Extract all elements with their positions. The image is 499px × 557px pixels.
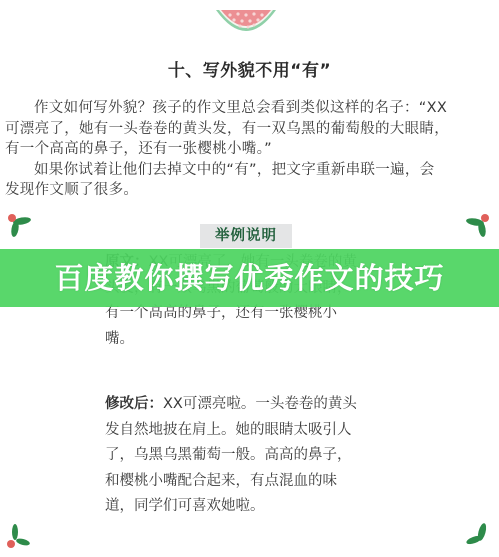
revised-text: 修改后：XX可漂亮啦。一头卷卷的黄头 发自然地披在肩上。她的眼睛太吸引人 了，乌… [105,392,395,520]
revised-line: XX可漂亮啦。一头卷卷的黄头 [163,396,357,412]
intro-line: 发现作文顺了很多。 [5,180,495,201]
intro-text: 作文如何写外貌？孩子的作文里总会看到类似这样的名子：“XX 可漂亮了，她有一头卷… [5,98,495,201]
leaf-berry-icon [463,212,493,240]
original-line: 嘴。 [105,327,395,353]
intro-line: 可漂亮了，她有一头卷卷的黄头发，有一双乌黑的葡萄般的大眼睛， [5,119,495,140]
intro-line: 如果你试着让他们去掉文中的“有”，把文字重新串联一遍，会 [5,160,495,181]
leaf-icon [462,520,492,548]
intro-line: 有一个高高的鼻子，还有一张樱桃小嘴。” [5,139,495,160]
revised-line: 发自然地披在肩上。她的眼睛太吸引人 [105,418,395,444]
intro-line: 作文如何写外貌？孩子的作文里总会看到类似这样的名子：“XX [5,98,495,119]
revised-line: 道，同学们可喜欢她啦。 [105,494,395,520]
leaf-berry-icon [4,523,34,551]
watermelon-icon [214,6,278,38]
revised-line: 了，乌黑乌黑葡萄一般。高高的鼻子， [105,443,395,469]
banner-title: 百度教你撰写优秀作文的技巧 [0,249,499,307]
section-title: 十、写外貌不用“有” [0,56,499,81]
leaf-berry-icon [4,212,34,240]
example-label: 举例说明 [200,224,292,248]
revised-lead: 修改后： [105,396,163,412]
revised-line: 和樱桃小嘴配合起来，有点混血的味 [105,469,395,495]
